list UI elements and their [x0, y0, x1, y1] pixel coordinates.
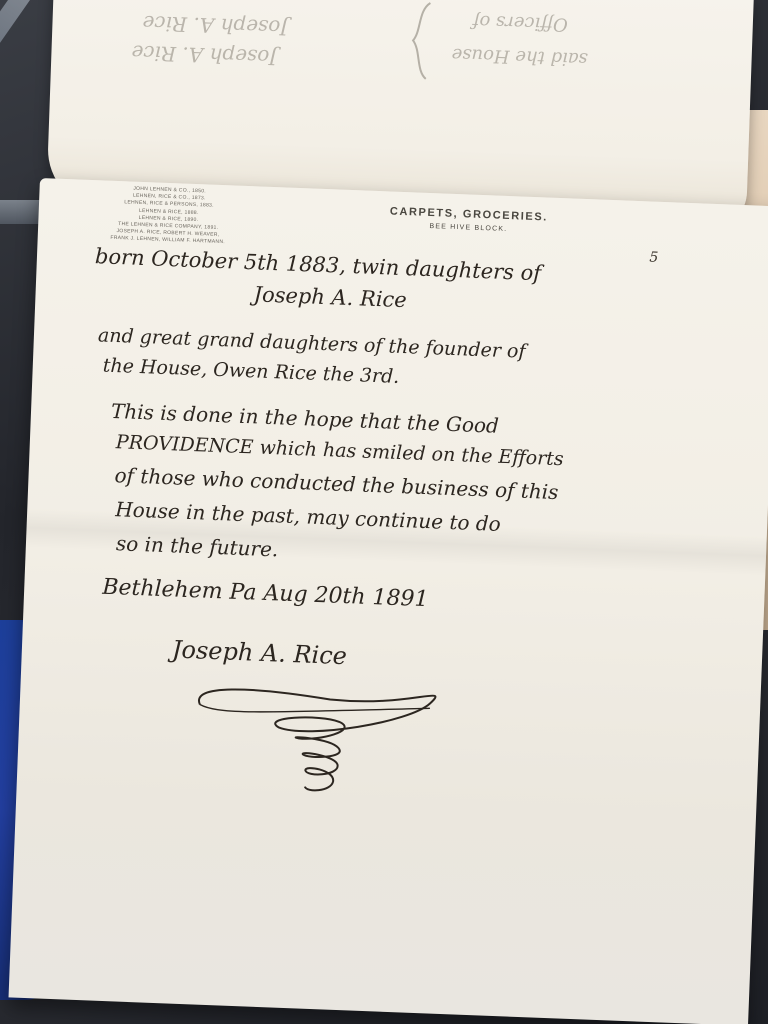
- mirrored-text: Joseph A. Rice: [142, 11, 289, 40]
- body-line: the House, Owen Rice the 3rd.: [102, 355, 399, 388]
- mirrored-text: Joseph A. Rice: [131, 41, 278, 70]
- body-line: of those who conducted the business of t…: [114, 463, 559, 504]
- page-number: 5: [649, 249, 659, 265]
- letterhead-title: CARPETS, GROCERIES. BEE HIVE BLOCK.: [338, 204, 599, 237]
- body-line: Joseph A. Rice: [253, 282, 407, 312]
- body-line: born October 5th 1883, twin daughters of: [95, 244, 542, 285]
- mirrored-text: said the House: [451, 44, 588, 70]
- body-line: This is done in the hope that the Good: [111, 399, 500, 438]
- letter-page: JOHN LEHNEN & CO., 1850. LEHNEN, RICE & …: [9, 178, 768, 1024]
- brace-icon: [406, 0, 439, 81]
- mirrored-text: Officers of: [472, 10, 568, 34]
- place-date: Bethlehem Pa Aug 20th 1891: [102, 575, 429, 613]
- body-line: so in the future.: [116, 531, 279, 561]
- signature-flourish-icon: [186, 654, 472, 815]
- letterhead-firm-history: JOHN LEHNEN & CO., 1850. LEHNEN, RICE & …: [88, 184, 250, 248]
